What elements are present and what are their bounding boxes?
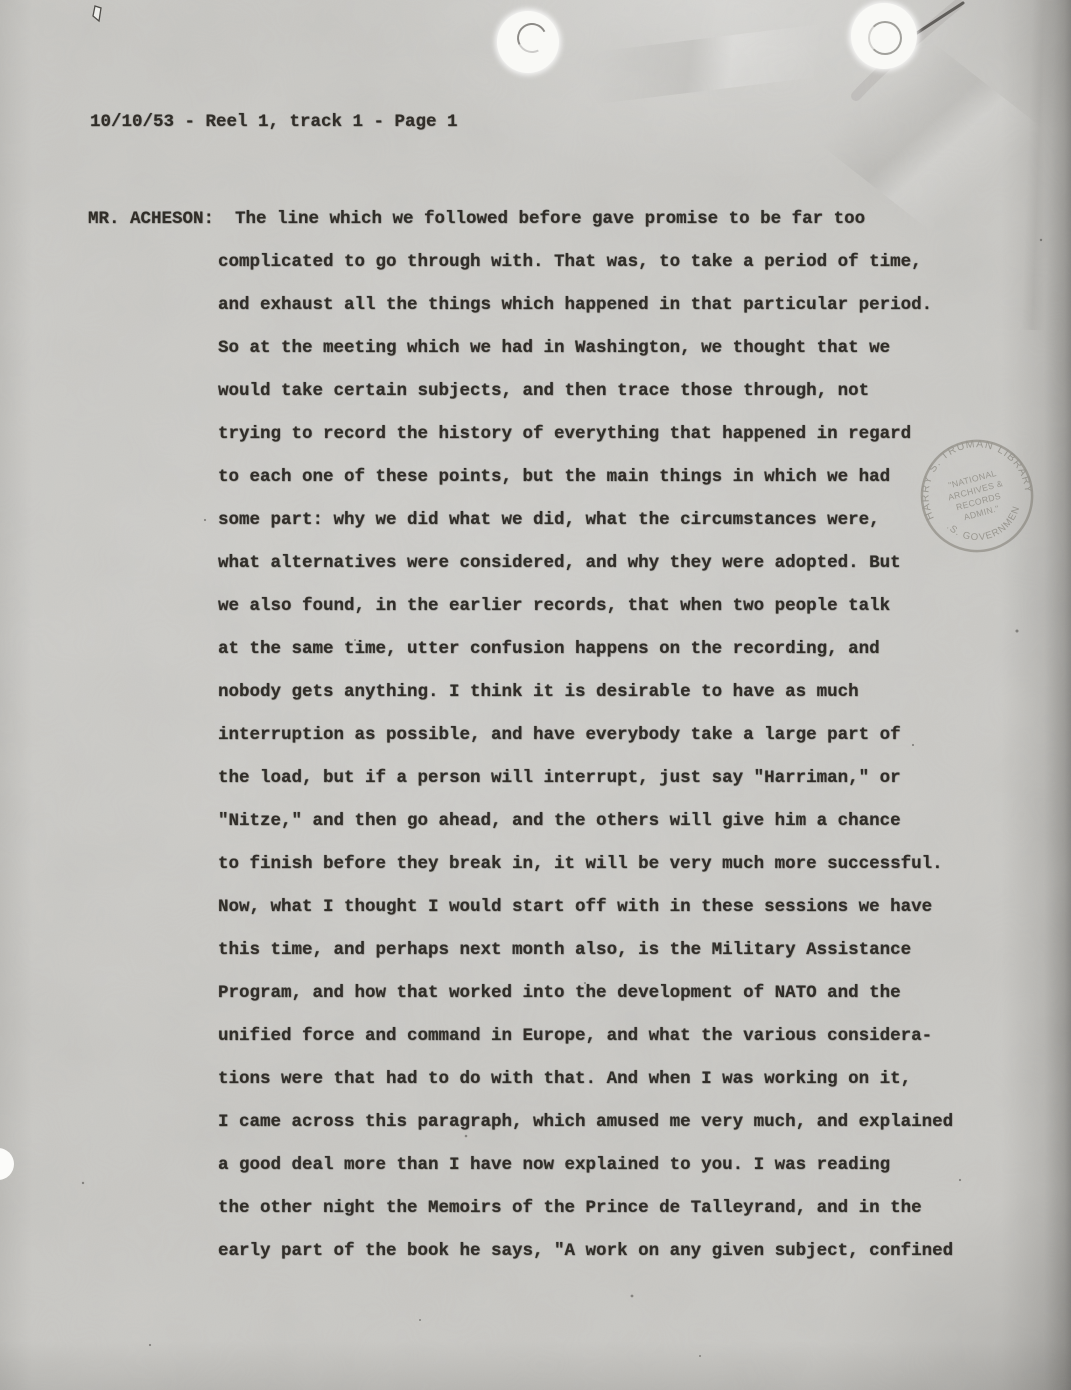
page-header: 10/10/53 - Reel 1, track 1 - Page 1 [90,112,458,132]
transcript-line: trying to record the history of everythi… [218,413,953,456]
transcript-line: I came across this paragraph, which amus… [218,1101,953,1144]
transcript-line: we also found, in the earlier records, t… [218,585,953,628]
transcript-line: would take certain subjects, and then tr… [218,370,953,413]
transcript-line: unified force and command in Europe, and… [218,1015,953,1058]
transcript-line: this time, and perhaps next month also, … [218,929,953,972]
transcript-line: Program, and how that worked into the de… [218,972,953,1015]
transcript-body: MR. ACHESON:The line which we followed b… [218,198,953,1273]
transcript-line: Now, what I thought I would start off wi… [218,886,953,929]
transcript-line: MR. ACHESON:The line which we followed b… [88,198,953,241]
transcript-line: what alternatives were considered, and w… [218,542,953,585]
transcript-line: to finish before they break in, it will … [218,843,953,886]
transcript-line: tions were that had to do with that. And… [218,1058,953,1101]
transcript-line: early part of the book he says, "A work … [218,1230,953,1273]
scanned-document-page: 10/10/53 - Reel 1, track 1 - Page 1 MR. … [0,0,1071,1390]
transcript-line: interruption as possible, and have every… [218,714,953,757]
transcript-line-text: The line which we followed before gave p… [235,209,865,229]
hole-punch-shadow [513,19,551,57]
typewritten-text-layer: 10/10/53 - Reel 1, track 1 - Page 1 MR. … [0,0,1071,1390]
hole-punch [851,3,917,69]
transcript-line: a good deal more than I have now explain… [218,1144,953,1187]
transcript-line: nobody gets anything. I think it is desi… [218,671,953,714]
transcript-line: to each one of these points, but the mai… [218,456,953,499]
hole-punch-shadow [868,21,902,55]
transcript-line: complicated to go through with. That was… [218,241,953,284]
transcript-line: and exhaust all the things which happene… [218,284,953,327]
transcript-line: the load, but if a person will interrupt… [218,757,953,800]
hole-punch [497,11,559,73]
transcript-line: some part: why we did what we did, what … [218,499,953,542]
transcript-line: the other night the Memoirs of the Princ… [218,1187,953,1230]
transcript-line: at the same time, utter confusion happen… [218,628,953,671]
transcript-line: "Nitze," and then go ahead, and the othe… [218,800,953,843]
transcript-line: So at the meeting which we had in Washin… [218,327,953,370]
speaker-label: MR. ACHESON: [88,198,235,241]
